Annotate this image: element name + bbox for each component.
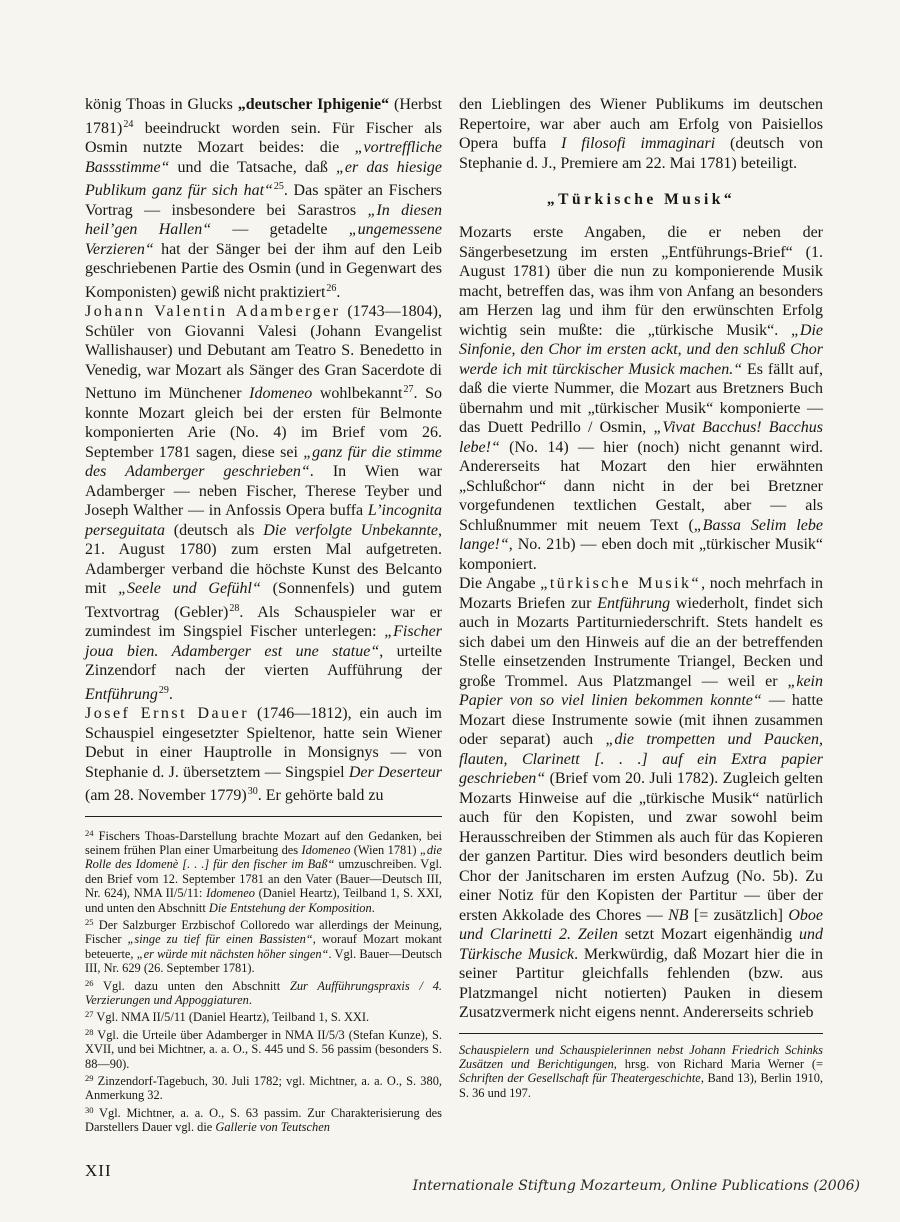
footnote-24: 24 Fischers Thoas-Darstellung brachte Mo… [85,826,442,915]
footnote-separator-left [85,816,442,817]
footnote-27: 27 Vgl. NMA II/5/11 (Daniel Heartz), Tei… [85,1007,442,1024]
two-column-layout: könig Thoas in Glucks „deutscher Iphigen… [85,95,822,1181]
paragraph-dauer-continuation: den Lieblingen des Wiener Publikums im d… [459,95,823,173]
paragraph-tuerkische-musik-1: Mozarts erste Angaben, die er neben der … [459,223,823,574]
paragraph-thoas-fischer: könig Thoas in Glucks „deutscher Iphigen… [85,95,442,302]
right-column: den Lieblingen des Wiener Publikums im d… [459,95,823,1181]
book-page: könig Thoas in Glucks „deutscher Iphigen… [0,0,900,1222]
page-number: XII [85,1161,442,1181]
paragraph-tuerkische-musik-2: Die Angabe „türkische Musik“, noch mehrf… [459,574,823,1023]
footnote-29: 29 Zinzendorf-Tagebuch, 30. Juli 1782; v… [85,1071,442,1103]
footnote-30: 30 Vgl. Michtner, a. a. O., S. 63 passim… [85,1103,442,1135]
publication-footer: Internationale Stiftung Mozarteum, Onlin… [413,1178,860,1194]
footnote-28: 28 Vgl. die Urteile über Adamberger in N… [85,1025,442,1071]
section-heading: „Türkische Musik“ [459,190,823,209]
footnote-25: 25 Der Salzburger Erzbischof Colloredo w… [85,915,442,976]
footnote-30-continuation: Schauspielern und Schauspielerinnen nebs… [459,1043,823,1101]
paragraph-adamberger: Johann Valentin Adamberger (1743—1804), … [85,302,442,704]
paragraph-dauer: Josef Ernst Dauer (1746—1812), ein auch … [85,704,442,806]
footnote-26: 26 Vgl. dazu unten den Abschnitt Zur Auf… [85,976,442,1008]
footnote-separator-right [459,1033,823,1034]
footnotes-block: 24 Fischers Thoas-Darstellung brachte Mo… [85,826,442,1135]
left-column: könig Thoas in Glucks „deutscher Iphigen… [85,95,442,1181]
